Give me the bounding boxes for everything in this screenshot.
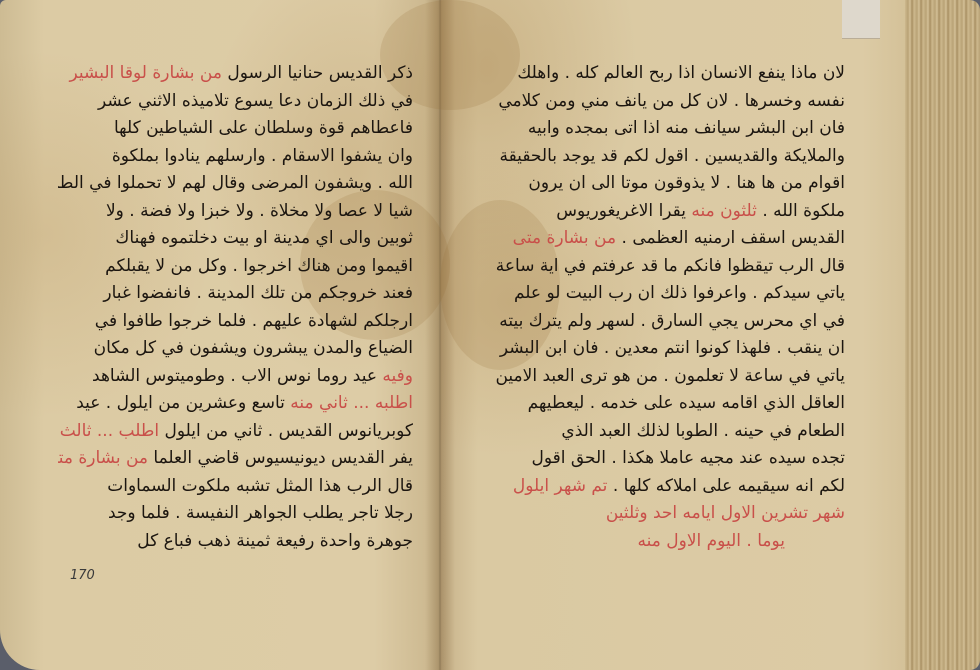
- text-line: ثوبين والى اي مدينة او بيت دخلتموه فهناك: [58, 225, 413, 253]
- text-line: تجده سيده عند مجيه عاملا هكذا . الحق اقو…: [490, 445, 845, 473]
- text-line: في اي محرس يجي السارق . لسهر ولم يترك بي…: [490, 308, 845, 336]
- text-line: رجلا تاجر يطلب الجواهر النفيسة . فلما وج…: [58, 500, 413, 528]
- text-line: اقيموا ومن هناك اخرجوا . وكل من لا يقبلك…: [58, 253, 413, 281]
- text-line: كوبريانوس القديس . ثاني من ايلول اطلب ..…: [58, 418, 413, 446]
- open-manuscript: ذكر القديس حنانيا الرسول من بشارة لوقا ا…: [0, 0, 980, 670]
- text-line: الطعام في حينه . الطوبا لذلك العبد الذي: [490, 418, 845, 446]
- text-line: قال الرب تيقظوا فانكم ما قد عرفتم في اية…: [490, 253, 845, 281]
- text-line: فاعطاهم قوة وسلطان على الشياطين كلها: [58, 115, 413, 143]
- text-line: ذكر القديس حنانيا الرسول من بشارة لوقا ا…: [58, 60, 413, 88]
- text-line: شيا لا عصا ولا مخلاة . ولا خبزا ولا فضة …: [58, 198, 413, 226]
- text-line: القديس اسقف ارمنيه العظمى . من بشارة متى: [490, 225, 845, 253]
- text-line: ياتي سيدكم . واعرفوا ذلك ان رب البيت لو …: [490, 280, 845, 308]
- left-text-block: ذكر القديس حنانيا الرسول من بشارة لوقا ا…: [58, 60, 413, 555]
- text-line: نفسه وخسرها . لان كل من يانف مني ومن كلا…: [490, 88, 845, 116]
- text-line: لان ماذا ينفع الانسان اذا ربح العالم كله…: [490, 60, 845, 88]
- text-line: ان ينقب . فلهذا كونوا انتم معدين . فان ا…: [490, 335, 845, 363]
- text-line: يفر القديس ديونيسيوس قاضي العلما من بشار…: [58, 445, 413, 473]
- text-line: ياتي في ساعة لا تعلمون . من هو ترى العبد…: [490, 363, 845, 391]
- text-line: ارجلكم لشهادة عليهم . فلما خرجوا طافوا ف…: [58, 308, 413, 336]
- text-line: فعند خروجكم من تلك المدينة . فانفضوا غبا…: [58, 280, 413, 308]
- text-line: في ذلك الزمان دعا يسوع تلاميذه الاثني عش…: [58, 88, 413, 116]
- text-line: لكم انه سيقيمه على املاكه كلها . تم شهر …: [490, 473, 845, 501]
- text-line: جوهرة واحدة رفيعة ثمينة ذهب فباع كل: [58, 528, 413, 556]
- text-line: والملايكة والقديسين . اقول لكم قد يوجد ب…: [490, 143, 845, 171]
- text-line: قال الرب هذا المثل تشبه ملكوت السماوات: [58, 473, 413, 501]
- text-line: وان يشفوا الاسقام . وارسلهم ينادوا بملكو…: [58, 143, 413, 171]
- text-line: ملكوة الله . ثلثون منه يقرا الاغريغوريوس: [490, 198, 845, 226]
- text-line: اطلبه ... ثاني منه تاسع وعشرين من ايلول …: [58, 390, 413, 418]
- paper-tab: [842, 0, 880, 39]
- folio-number: 170: [70, 568, 95, 583]
- text-line: العاقل الذي اقامه سيده على خدمه . ليعطيه…: [490, 390, 845, 418]
- text-line: وفيه عيد روما نوس الاب . وطوميتوس الشاهد: [58, 363, 413, 391]
- right-text-block: لان ماذا ينفع الانسان اذا ربح العالم كله…: [490, 60, 845, 555]
- page-edges: [905, 0, 980, 670]
- text-line: فان ابن البشر سيانف منه اذا اتى بمجده وا…: [490, 115, 845, 143]
- text-line: الله . ويشفون المرضى وقال لهم لا تحملوا …: [58, 170, 413, 198]
- text-line: اقوام من ها هنا . لا يذوقون موتا الى ان …: [490, 170, 845, 198]
- rubric-line: يوما . اليوم الاول منه: [490, 528, 845, 556]
- text-line: الضياع والمدن يبشرون ويشفون في كل مكان: [58, 335, 413, 363]
- rubric-line: شهر تشرين الاول ايامه احد وثلثين: [490, 500, 845, 528]
